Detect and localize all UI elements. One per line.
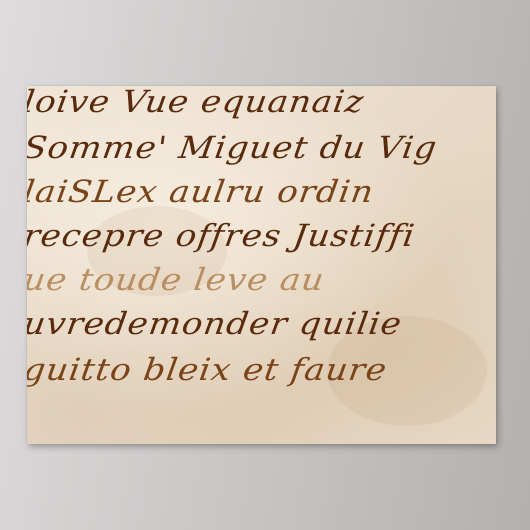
script-line-2: Somme' Miguet du Vig xyxy=(27,130,440,166)
script-line-5: ue toude leve au xyxy=(27,262,327,298)
script-line-6: uvredemonder quilie xyxy=(27,306,404,342)
script-line-4: recepre offres Justiffi xyxy=(27,218,417,254)
script-line-7: guitto bleix et faure xyxy=(27,352,390,388)
script-line-3: laiSLex aulru ordin xyxy=(27,174,376,210)
handwriting-poster: loive Vue equanaiz Somme' Miguet du Vig … xyxy=(27,86,496,444)
script-line-1: loive Vue equanaiz xyxy=(27,86,367,120)
